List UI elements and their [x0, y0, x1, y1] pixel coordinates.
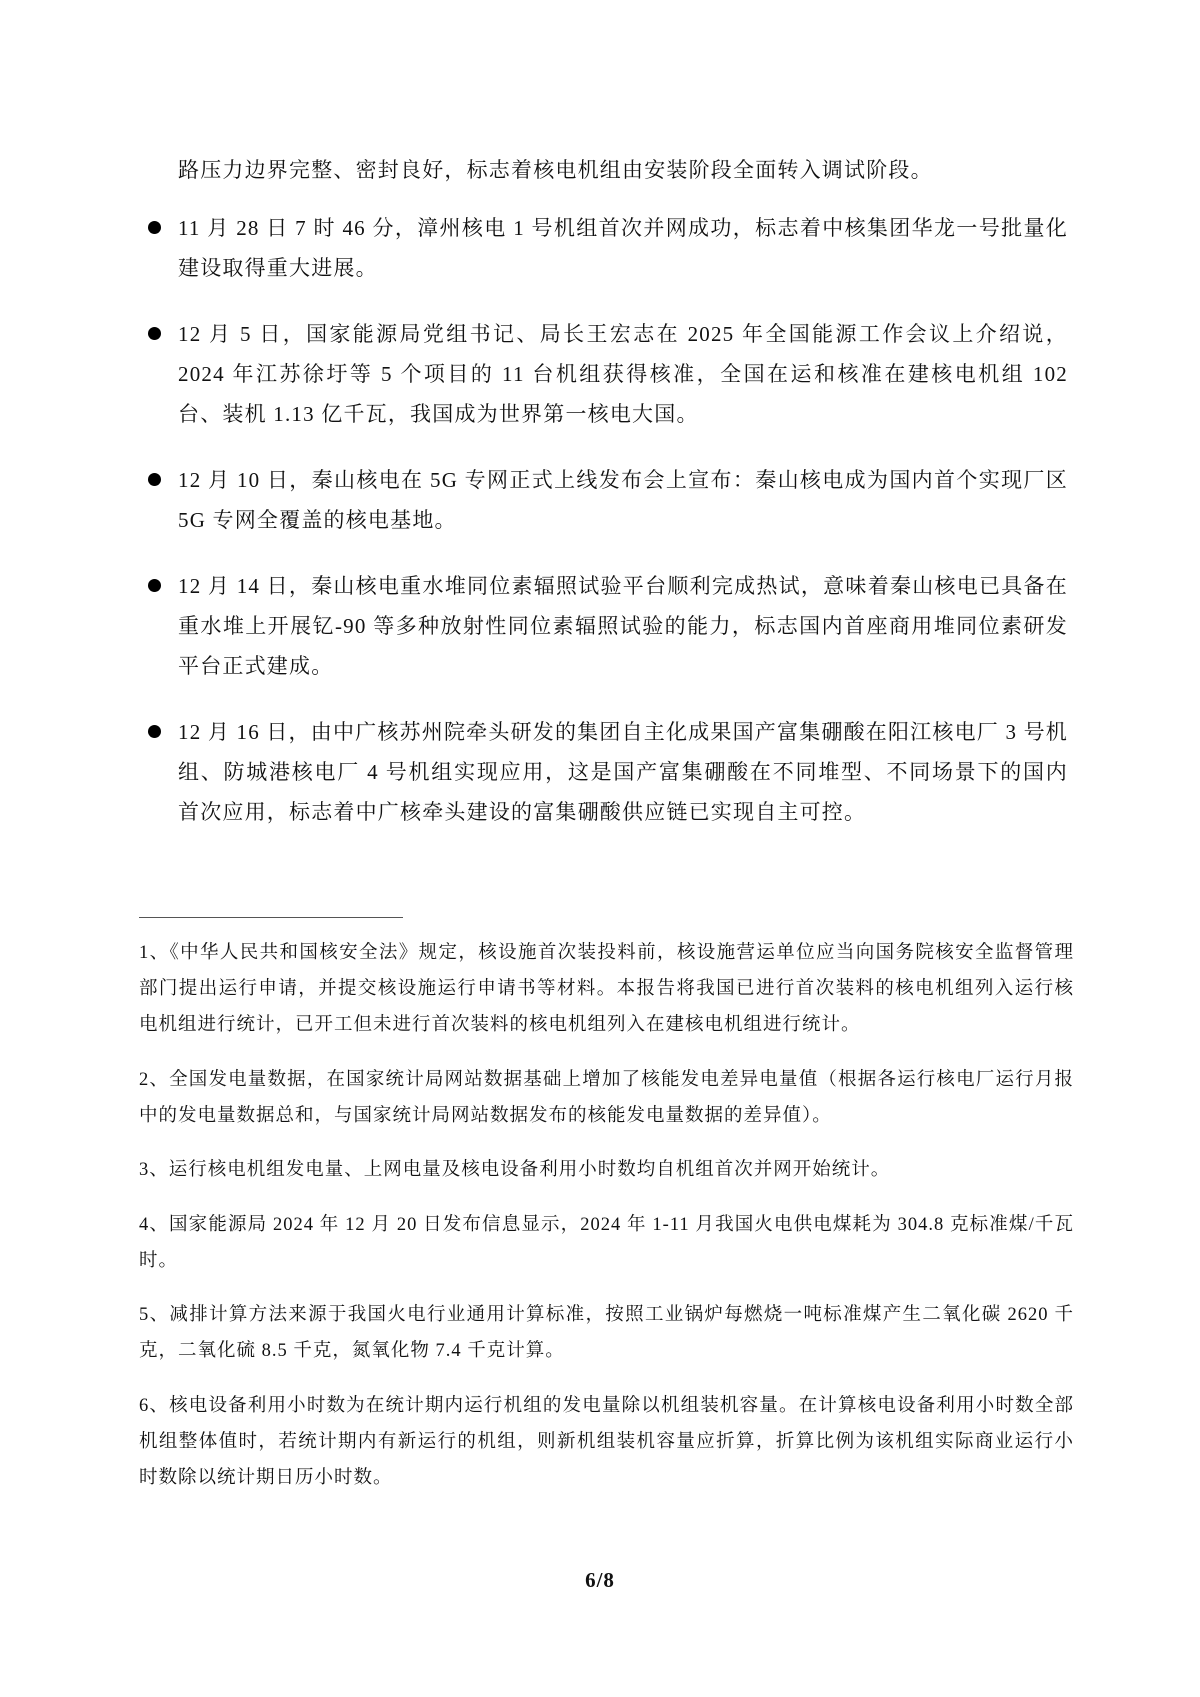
bullet-item: 12 月 5 日，国家能源局党组书记、局长王宏志在 2025 年全国能源工作会议… — [148, 314, 1068, 434]
bullet-dot-icon — [148, 579, 161, 592]
footnotes-section: 1、《中华人民共和国核安全法》规定，核设施首次装投料前，核设施营运单位应当向国务… — [139, 935, 1074, 1510]
event-bullet-list: 11 月 28 日 7 时 46 分，漳州核电 1 号机组首次并网成功，标志着中… — [148, 208, 1068, 858]
footnote-divider — [139, 917, 403, 918]
bullet-dot-icon — [148, 221, 161, 234]
bullet-text: 12 月 5 日，国家能源局党组书记、局长王宏志在 2025 年全国能源工作会议… — [178, 322, 1068, 426]
bullet-item: 12 月 14 日，秦山核电重水堆同位素辐照试验平台顺利完成热试，意味着秦山核电… — [148, 566, 1068, 686]
footnote-3: 3、运行核电机组发电量、上网电量及核电设备利用小时数均自机组首次并网开始统计。 — [139, 1152, 1074, 1188]
bullet-text: 12 月 14 日，秦山核电重水堆同位素辐照试验平台顺利完成热试，意味着秦山核电… — [178, 574, 1068, 678]
bullet-item: 11 月 28 日 7 时 46 分，漳州核电 1 号机组首次并网成功，标志着中… — [148, 208, 1068, 288]
bullet-text: 11 月 28 日 7 时 46 分，漳州核电 1 号机组首次并网成功，标志着中… — [178, 216, 1068, 280]
page-number: 6/8 — [0, 1568, 1200, 1593]
bullet-dot-icon — [148, 473, 161, 486]
bullet-item: 12 月 16 日，由中广核苏州院牵头研发的集团自主化成果国产富集硼酸在阳江核电… — [148, 712, 1068, 832]
footnote-4: 4、国家能源局 2024 年 12 月 20 日发布信息显示，2024 年 1-… — [139, 1207, 1074, 1279]
footnote-5: 5、减排计算方法来源于我国火电行业通用计算标准，按照工业锅炉每燃烧一吨标准煤产生… — [139, 1297, 1074, 1369]
footnote-6: 6、核电设备利用小时数为在统计期内运行机组的发电量除以机组装机容量。在计算核电设… — [139, 1388, 1074, 1496]
bullet-item: 12 月 10 日，秦山核电在 5G 专网正式上线发布会上宣布：秦山核电成为国内… — [148, 460, 1068, 540]
document-page: 路压力边界完整、密封良好，标志着核电机组由安装阶段全面转入调试阶段。 11 月 … — [0, 0, 1200, 1697]
footnote-2: 2、全国发电量数据，在国家统计局网站数据基础上增加了核能发电差异电量值（根据各运… — [139, 1062, 1074, 1134]
bullet-text: 12 月 16 日，由中广核苏州院牵头研发的集团自主化成果国产富集硼酸在阳江核电… — [178, 720, 1068, 824]
bullet-dot-icon — [148, 725, 161, 738]
continued-paragraph: 路压力边界完整、密封良好，标志着核电机组由安装阶段全面转入调试阶段。 — [178, 150, 1068, 190]
bullet-text: 12 月 10 日，秦山核电在 5G 专网正式上线发布会上宣布：秦山核电成为国内… — [178, 468, 1068, 532]
bullet-dot-icon — [148, 327, 161, 340]
footnote-1: 1、《中华人民共和国核安全法》规定，核设施首次装投料前，核设施营运单位应当向国务… — [139, 935, 1074, 1043]
